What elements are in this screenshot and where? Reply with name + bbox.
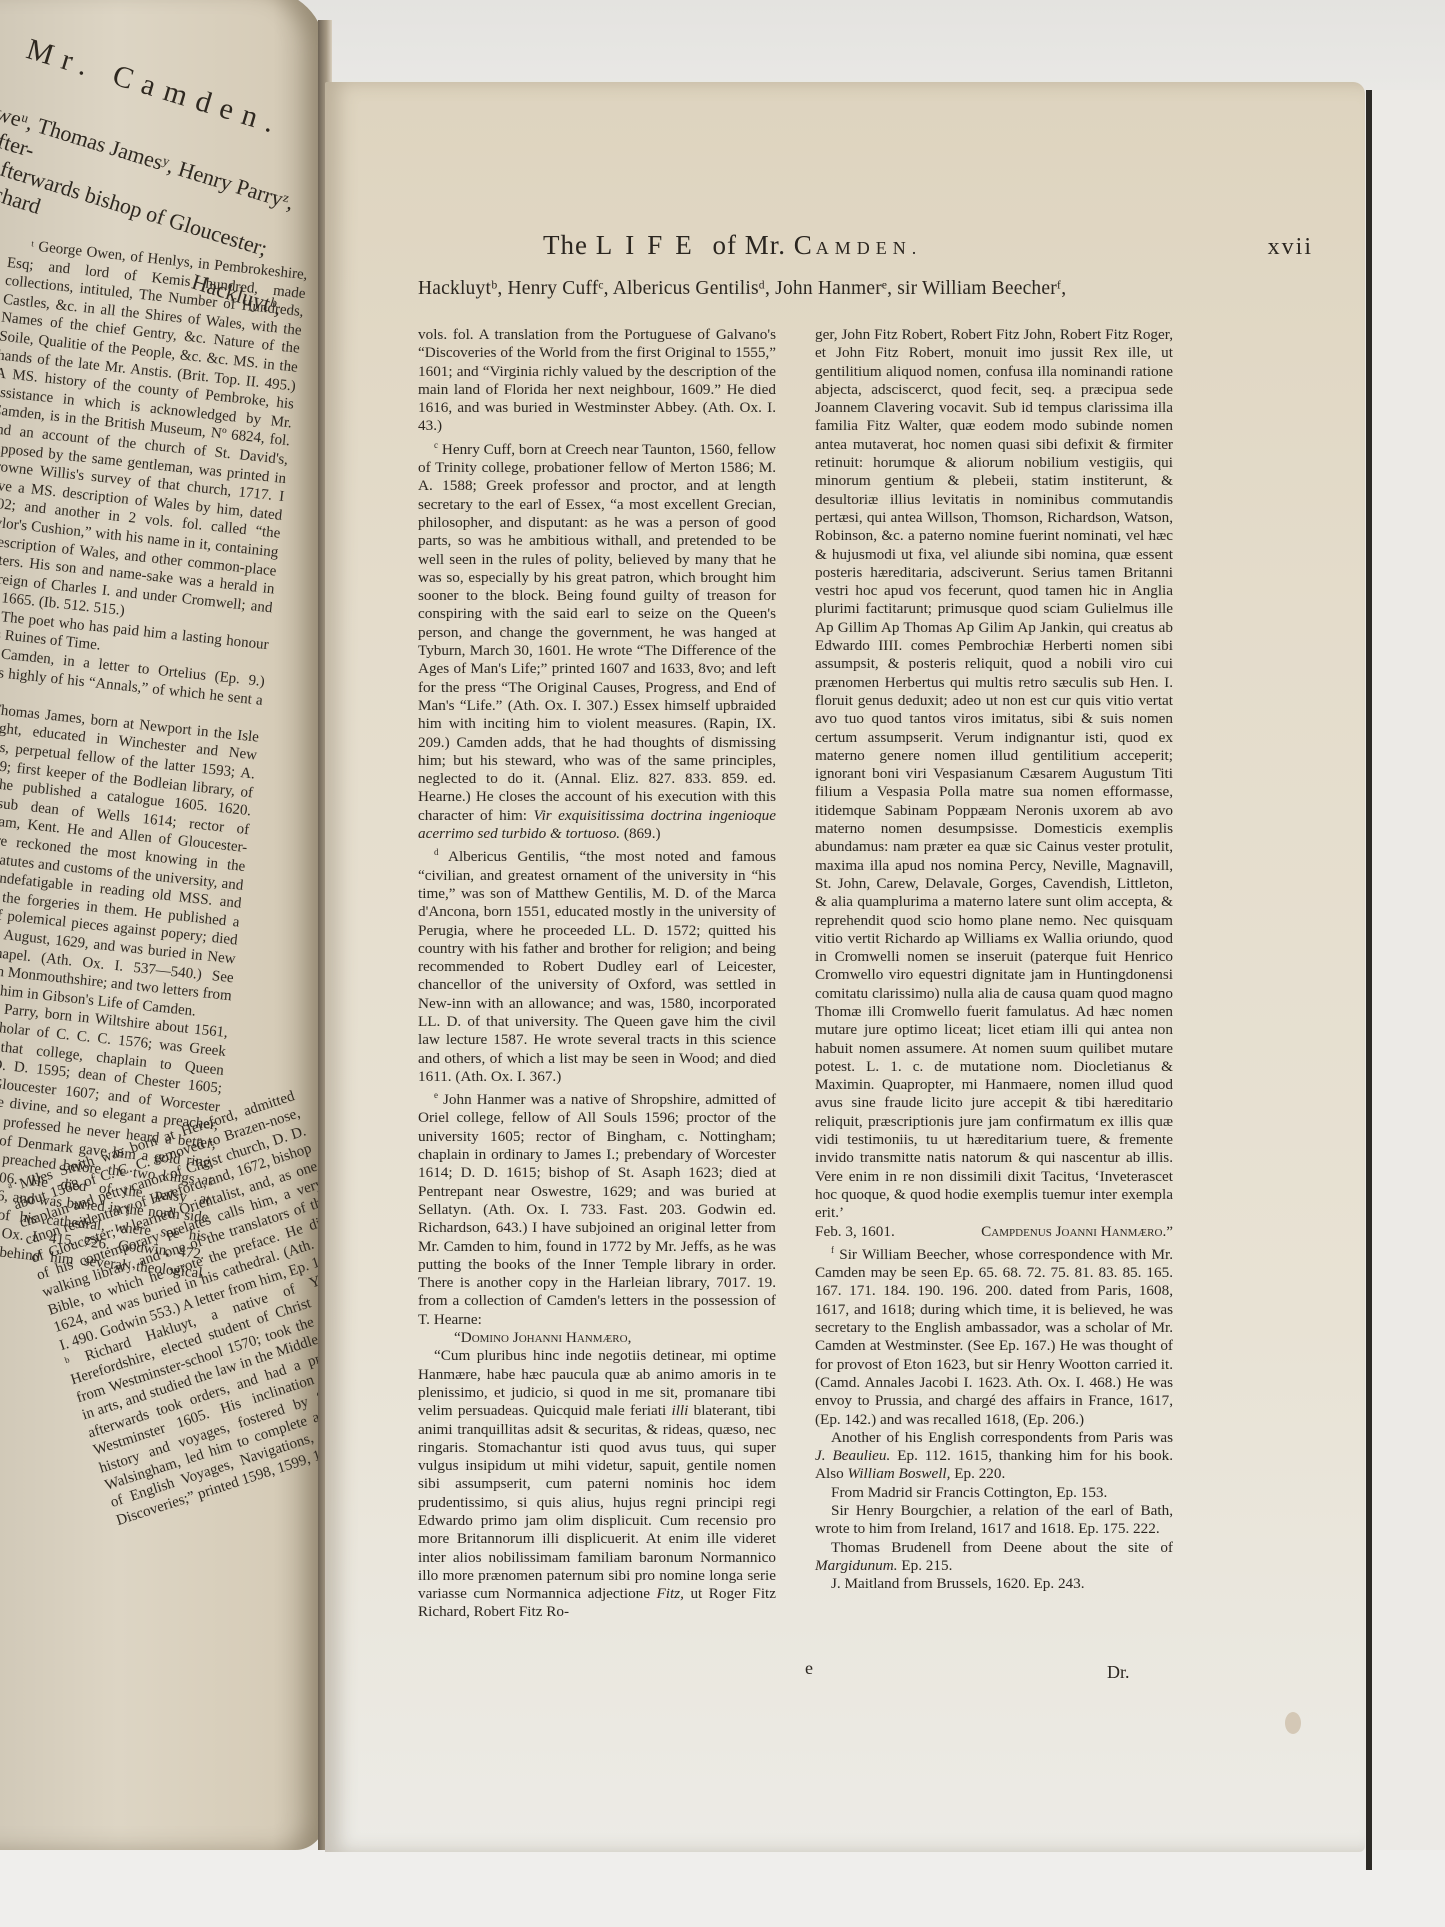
letter-italic-illi: illi bbox=[671, 1402, 688, 1419]
letter-continuation: ger, John Fitz Robert, Robert Fitz John,… bbox=[815, 326, 1173, 1223]
brudenell-ref: Ep. 215. bbox=[901, 1557, 952, 1574]
left-facing-page: Mr. Camden. weᵘ, Thomas Jamesʸ, Henry Pa… bbox=[0, 0, 325, 1850]
note-albericus-gentilis: d Albericus Gentilis, “the most noted an… bbox=[418, 843, 776, 1086]
page-running-head: The LIFE of Mr. CAMDEN. bbox=[543, 230, 1303, 261]
main-text-carry-line: Hackluytᵇ, Henry Cuffᶜ, Albericus Gentil… bbox=[418, 278, 1318, 300]
note-henry-cuff: c Henry Cuff, born at Creech near Taunto… bbox=[418, 436, 776, 844]
note-maitland: J. Maitland from Brussels, 1620. Ep. 243… bbox=[815, 1575, 1173, 1593]
letter-date: Feb. 3, 1601. bbox=[815, 1223, 895, 1241]
head-c: C bbox=[794, 230, 816, 260]
note-beaulieu: Another of his English correspondents fr… bbox=[815, 1429, 1173, 1484]
letter-signature: Campdenus Joanni Hanmæro.” bbox=[981, 1223, 1173, 1241]
note-mark-c: c bbox=[434, 440, 438, 450]
page-number: xvii bbox=[1268, 234, 1313, 261]
head-life: LIFE bbox=[596, 230, 705, 260]
boswell-name: William Boswell, bbox=[848, 1465, 951, 1482]
brudenell-text: Thomas Brudenell from Deene about the si… bbox=[831, 1539, 1173, 1556]
boswell-ref: Ep. 220. bbox=[954, 1465, 1005, 1482]
note-henry-cuff-ref: (869.) bbox=[624, 825, 661, 842]
note-brudenell: Thomas Brudenell from Deene about the si… bbox=[815, 1539, 1173, 1576]
brudenell-place: Margidunum. bbox=[815, 1557, 898, 1574]
head-amden: AMDEN. bbox=[816, 238, 923, 258]
paper-stain bbox=[1285, 1712, 1301, 1734]
right-page: The LIFE of Mr. CAMDEN. xvii Hackluytᵇ, … bbox=[325, 82, 1365, 1852]
note-john-hanmer-text: John Hanmer was a native of Shropshire, … bbox=[418, 1091, 776, 1328]
head-of: of bbox=[712, 230, 737, 260]
beaulieu-name: J. Beaulieu. bbox=[815, 1447, 890, 1464]
note-john-hanmer: e John Hanmer was a native of Shropshire… bbox=[418, 1086, 776, 1329]
note-albericus-gentilis-text: Albericus Gentilis, “the most noted and … bbox=[418, 848, 776, 1085]
footnote-george-owen: ᵗ George Owen, of Henlys, in Pembrokeshi… bbox=[0, 235, 308, 636]
letter-salutation: “Domino Johanni Hanmæro, bbox=[418, 1329, 776, 1347]
background-surface-bottom bbox=[0, 1850, 1445, 1927]
note-mark-e: e bbox=[434, 1090, 438, 1100]
note-henry-cuff-text: Henry Cuff, born at Creech near Taunton,… bbox=[418, 441, 776, 824]
note-hakluyt-cont: vols. fol. A translation from the Portug… bbox=[418, 326, 776, 436]
note-william-beecher-text: Sir William Beecher, whose correspondenc… bbox=[815, 1246, 1173, 1428]
footnote-column-right: ger, John Fitz Robert, Robert Fitz John,… bbox=[815, 326, 1173, 1593]
letter-body-start: “Cum pluribus hinc inde negotiis detinea… bbox=[418, 1347, 776, 1621]
catchword: Dr. bbox=[1107, 1662, 1130, 1683]
letter-text-b: blaterant, tibi animi tranquillitas adsi… bbox=[418, 1402, 776, 1602]
letter-italic-fitz: Fitz, bbox=[657, 1585, 684, 1602]
book-cover-edge bbox=[1366, 90, 1372, 1870]
note-bourgchier: Sir Henry Bourgchier, a relation of the … bbox=[815, 1502, 1173, 1539]
note-cottington: From Madrid sir Francis Cottington, Ep. … bbox=[815, 1484, 1173, 1502]
letter-dateline: Feb. 3, 1601. Campdenus Joanni Hanmæro.” bbox=[815, 1223, 1173, 1241]
note-mark-f: f bbox=[831, 1245, 834, 1255]
footnote-thomas-james: ʸ Thomas James, born at Newport in the I… bbox=[0, 697, 260, 1024]
head-mr: Mr. bbox=[745, 230, 786, 260]
beaulieu-text-a: Another of his English correspondents fr… bbox=[831, 1429, 1173, 1446]
signature-mark: e bbox=[805, 1658, 813, 1679]
head-the: The bbox=[543, 230, 588, 260]
note-mark-d: d bbox=[434, 847, 439, 857]
footnote-column-left: vols. fol. A translation from the Portug… bbox=[418, 326, 776, 1622]
note-william-beecher: f Sir William Beecher, whose corresponde… bbox=[815, 1241, 1173, 1429]
